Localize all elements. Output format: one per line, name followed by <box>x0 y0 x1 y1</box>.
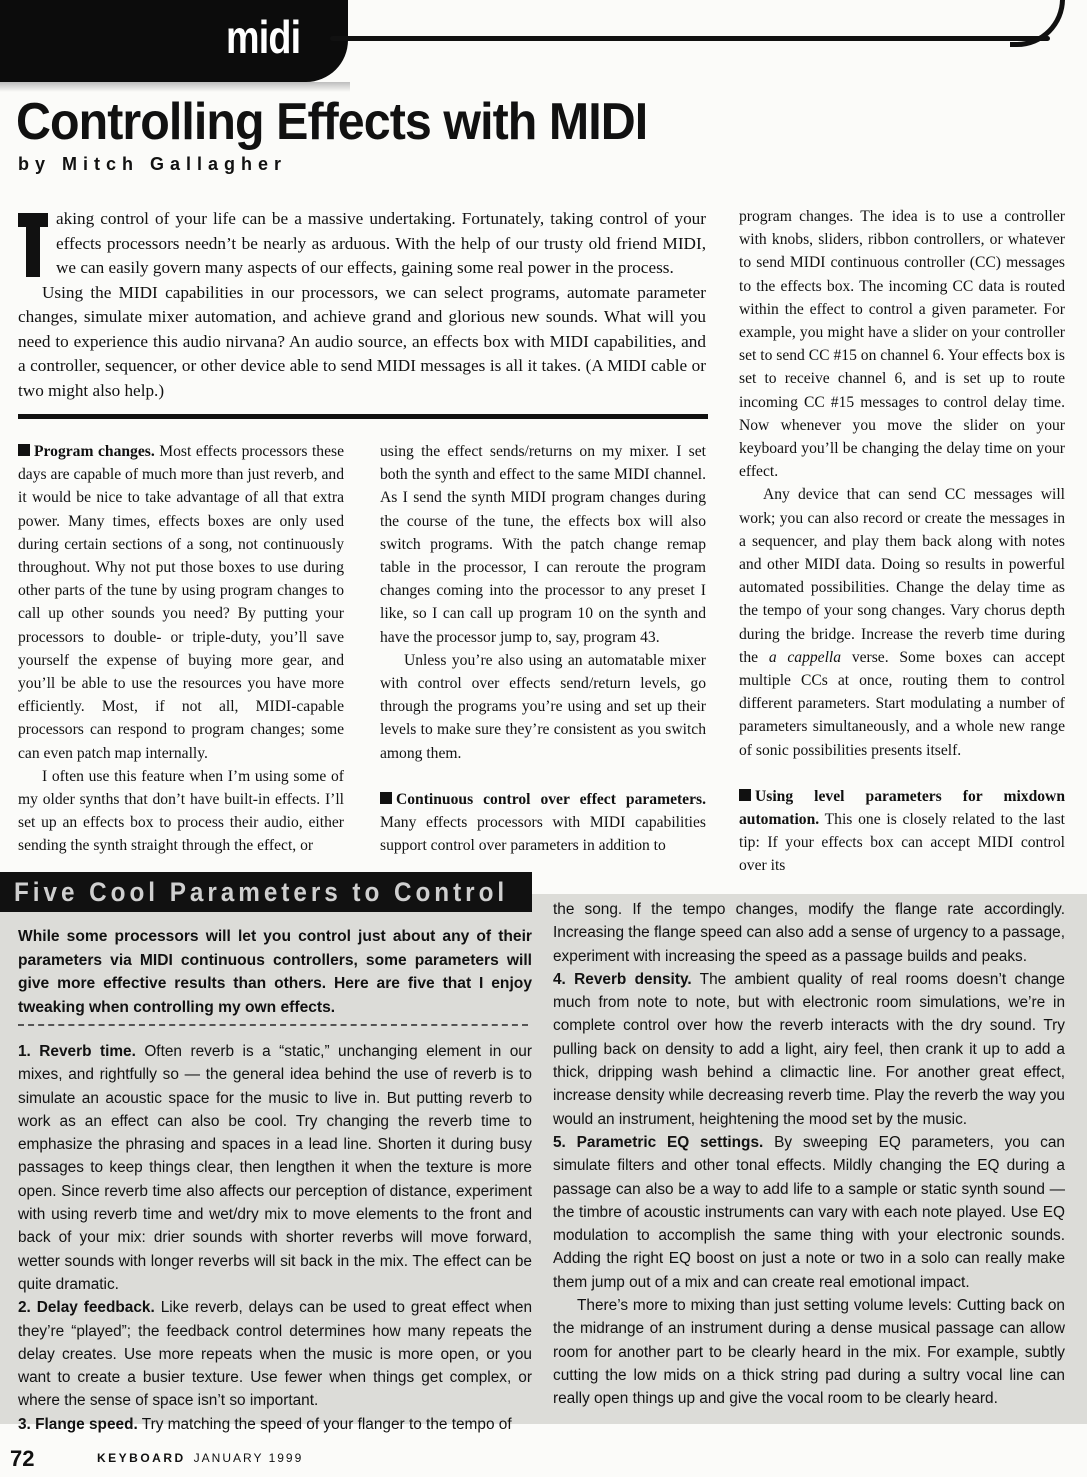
section-tab-shadow <box>0 82 350 92</box>
publication-name: KEYBOARD <box>97 1451 186 1465</box>
subhead-continuous-control: Continuous control over effect parameter… <box>396 791 706 808</box>
intro: aking control of your life can be a mass… <box>18 207 706 403</box>
paragraph: Using level parameters for mixdown autom… <box>739 785 1065 878</box>
issue-date: JANUARY 1999 <box>194 1451 304 1465</box>
publication-info: KEYBOARDJANUARY 1999 <box>97 1451 303 1465</box>
body-column-3: program changes. The idea is to use a co… <box>739 205 1065 878</box>
paragraph: using the effect sends/returns on my mix… <box>380 440 706 649</box>
sidebar-column-1: 1. Reverb time. Often reverb is a “stati… <box>18 1040 532 1436</box>
sidebar-item: 3. Flange speed. Try matching the speed … <box>18 1413 532 1436</box>
sidebar-item: 1. Reverb time. Often reverb is a “stati… <box>18 1040 532 1296</box>
paragraph: program changes. The idea is to use a co… <box>739 205 1065 483</box>
bullet-square-icon <box>739 789 751 801</box>
paragraph: Program changes. Most effects processors… <box>18 440 344 765</box>
page-number: 72 <box>10 1446 34 1472</box>
article-title: Controlling Effects with MIDI <box>16 92 647 152</box>
sidebar-item: 4. Reverb density. The ambient quality o… <box>553 968 1065 1131</box>
body-column-1: Program changes. Most effects processors… <box>18 440 344 858</box>
subhead-program-changes: Program changes. <box>34 443 155 460</box>
section-tab-label: midi <box>226 10 324 64</box>
intro-paragraph-2: Using the MIDI capabilities in our proce… <box>18 281 706 404</box>
sidebar-dashed-divider <box>18 1024 528 1026</box>
paragraph: Continuous control over effect parameter… <box>380 788 706 858</box>
sidebar-item: 5. Parametric EQ settings. By sweeping E… <box>553 1131 1065 1294</box>
bullet-square-icon <box>18 444 30 456</box>
section-divider <box>18 414 708 419</box>
sidebar-item-continued: the song. If the tempo changes, modify t… <box>553 898 1065 968</box>
dropcap-t <box>18 213 48 277</box>
header-rule <box>330 36 1050 41</box>
paragraph: Any device that can send CC messages wil… <box>739 483 1065 761</box>
sidebar-column-2: the song. If the tempo changes, modify t… <box>553 898 1065 1411</box>
header-hook-decoration <box>1010 0 1065 47</box>
bullet-square-icon <box>380 792 392 804</box>
paragraph: Unless you’re also using an automatable … <box>380 649 706 765</box>
byline: by Mitch Gallagher <box>18 154 287 175</box>
paragraph: I often use this feature when I’m using … <box>18 765 344 858</box>
sidebar-lead: While some processors will let you contr… <box>18 925 532 1019</box>
body-column-2: using the effect sends/returns on my mix… <box>380 440 706 857</box>
sidebar-item: 2. Delay feedback. Like reverb, delays c… <box>18 1296 532 1412</box>
sidebar-title: Five Cool Parameters to Control <box>14 877 508 908</box>
intro-paragraph-1: aking control of your life can be a mass… <box>18 207 706 281</box>
sidebar-closing: There’s more to mixing than just setting… <box>553 1294 1065 1410</box>
